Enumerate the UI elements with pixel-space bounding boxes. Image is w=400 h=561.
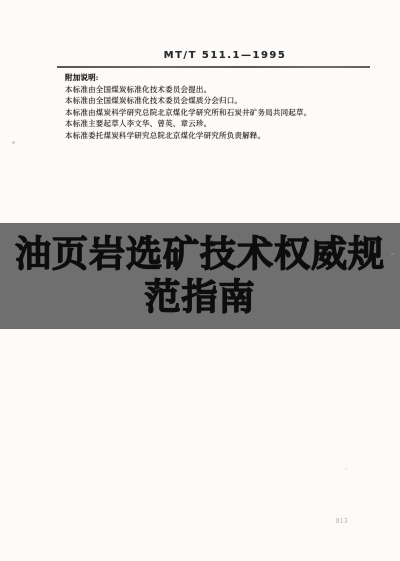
banner-title-line-1: 油页岩选矿技术权威规 — [15, 233, 385, 276]
banner-title-line-2: 范指南 — [144, 276, 255, 319]
additional-notes-heading: 附加说明: — [65, 72, 365, 84]
scan-speckle — [391, 253, 394, 255]
additional-notes-line: 本标准主要起草人李文华、曾英、章云珍。 — [65, 118, 365, 130]
header-divider-rule — [57, 66, 370, 68]
standard-number: MT/T 511.1—1995 — [50, 50, 400, 61]
scanned-document-page: MT/T 511.1—1995 附加说明: 本标准由全国煤炭标准化技术委员会提出… — [0, 0, 400, 561]
additional-notes-line: 本标准委托煤炭科学研究总院北京煤化学研究所负责解释。 — [65, 130, 365, 142]
title-banner-overlay: 油页岩选矿技术权威规 范指南 — [0, 223, 400, 329]
additional-notes-section: 附加说明: 本标准由全国煤炭标准化技术委员会提出。 本标准由全国煤炭标准化技术委… — [65, 72, 365, 142]
additional-notes-line: 本标准由煤炭科学研究总院北京煤化学研究所和石炭井矿务局共同起草。 — [65, 107, 365, 119]
page-number: 813 — [336, 517, 348, 525]
scan-speckle — [345, 468, 347, 470]
scan-speckle — [12, 141, 15, 144]
additional-notes-line: 本标准由全国煤炭标准化技术委员会煤质分会归口。 — [65, 95, 365, 107]
additional-notes-line: 本标准由全国煤炭标准化技术委员会提出。 — [65, 84, 365, 96]
